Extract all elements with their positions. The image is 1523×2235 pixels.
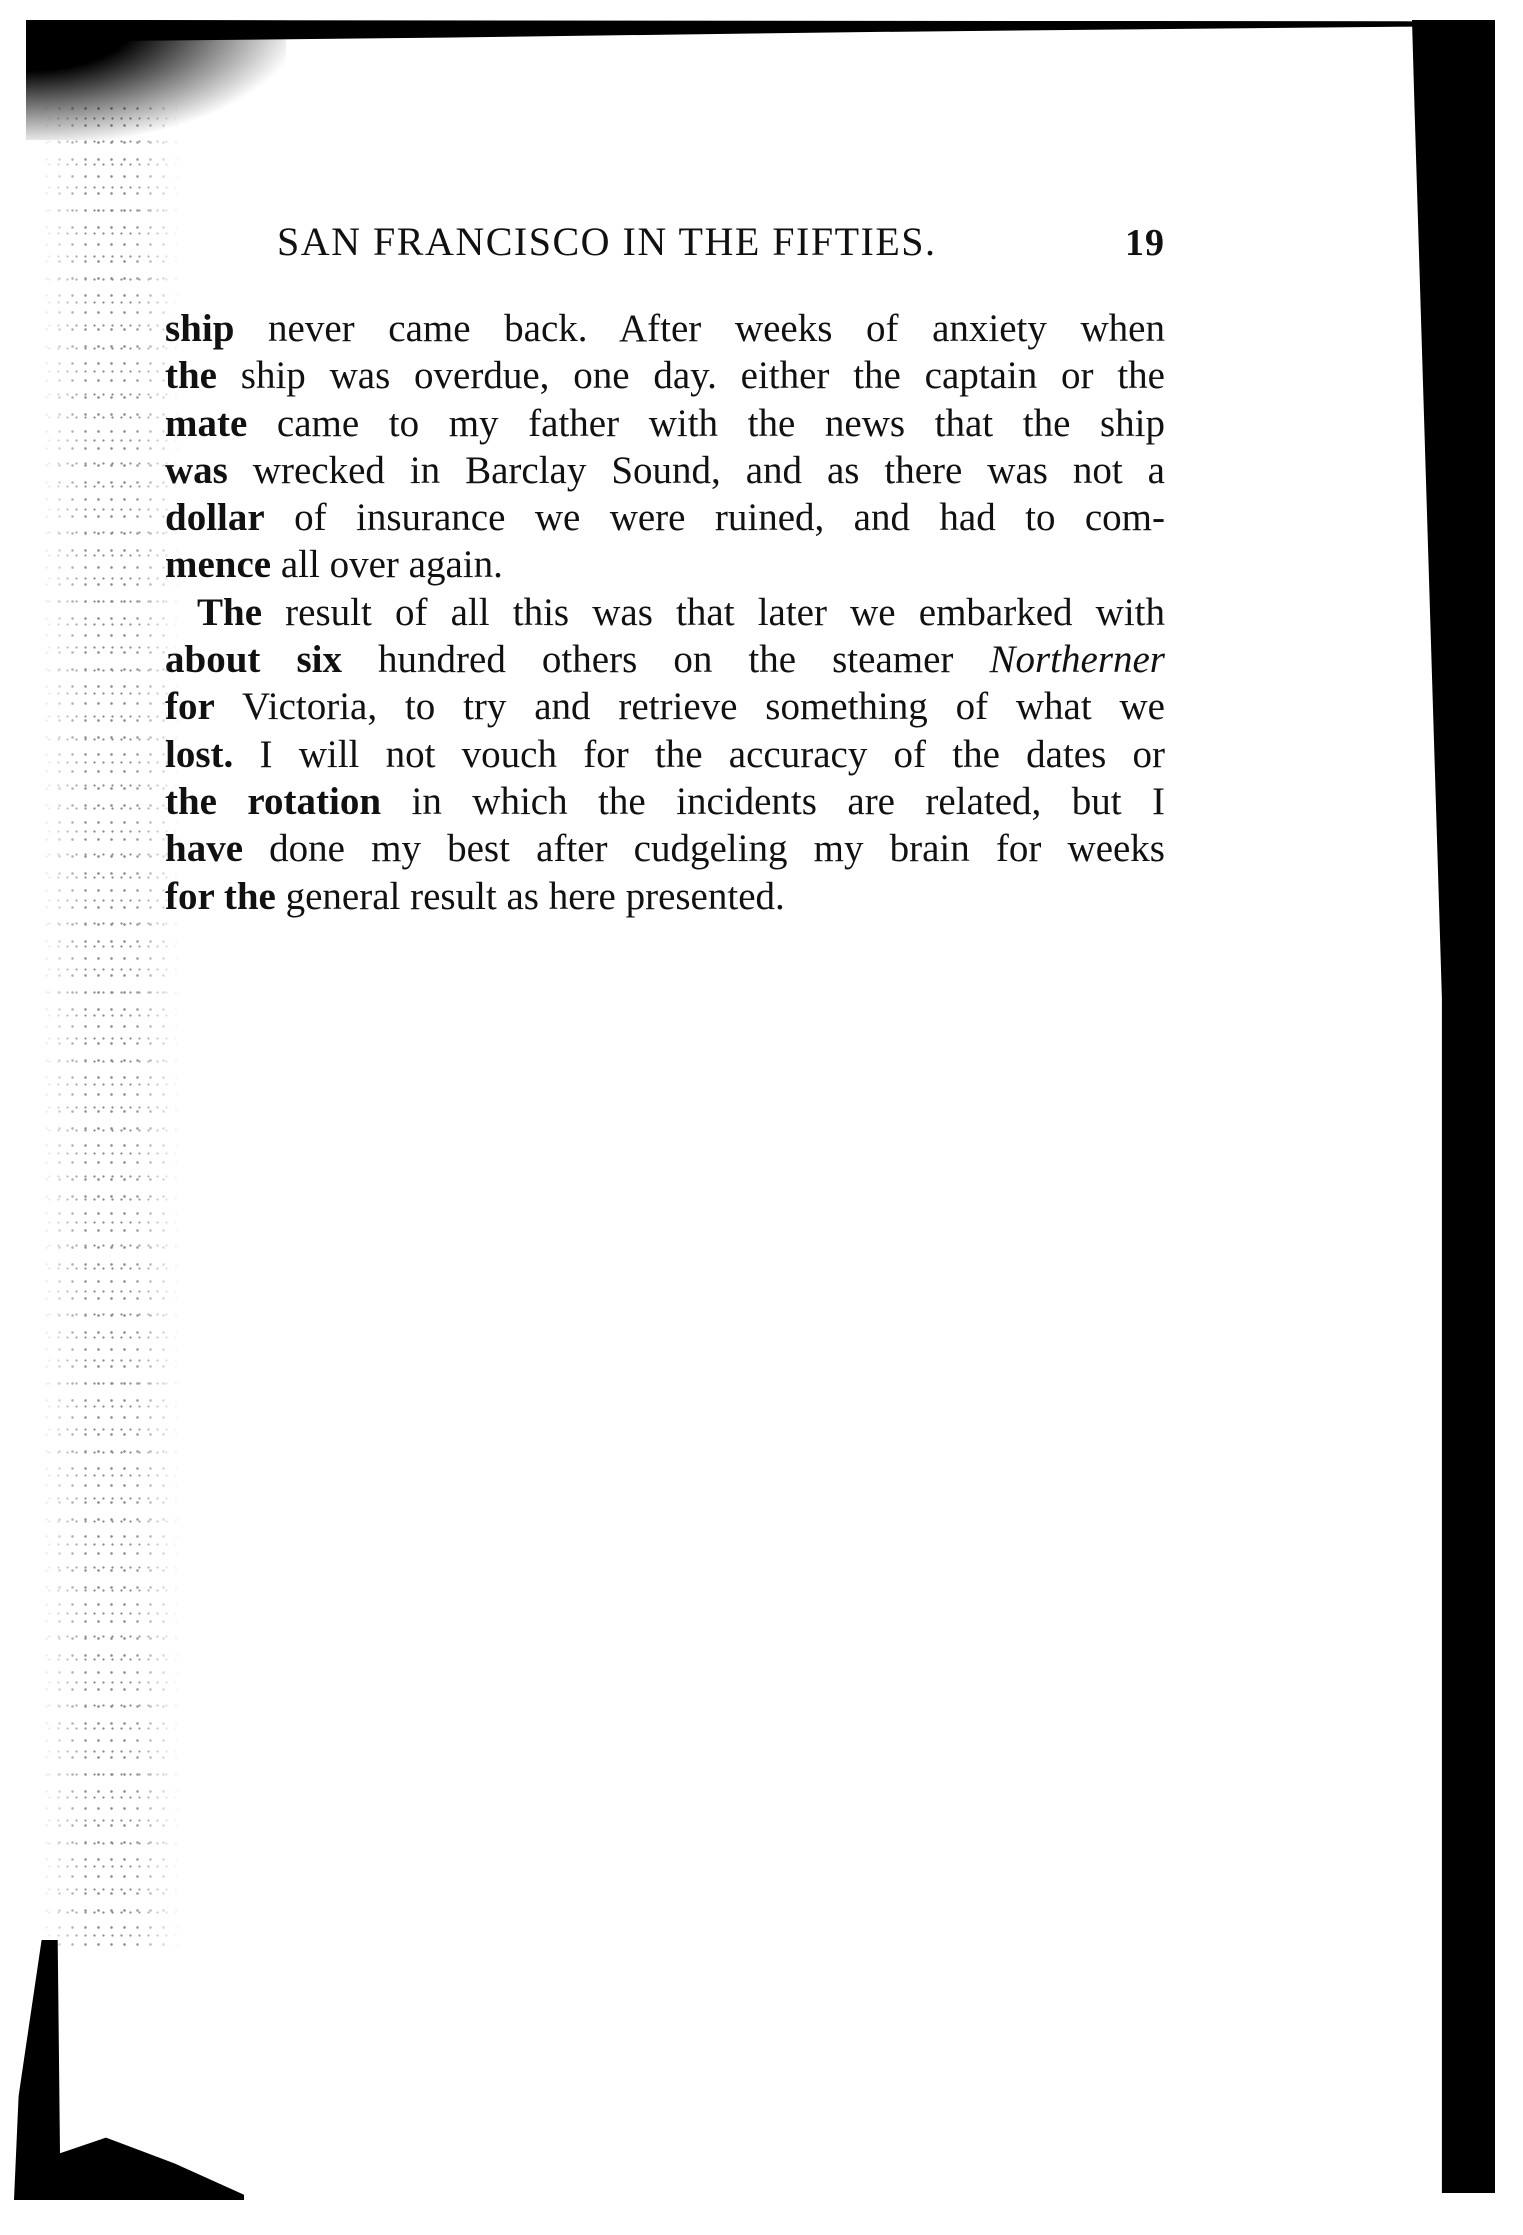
line-rest: Victoria, to try and retrieve something … — [215, 685, 1165, 728]
page-header: SAN FRANCISCO IN THE FIFTIES. 19 — [277, 218, 1165, 268]
scan-right-edge-bar — [1412, 20, 1495, 2193]
line-rest: came to my father with the news that the… — [247, 402, 1165, 445]
page-number: 19 — [1125, 221, 1165, 265]
line-rest: result of all this was that later we emb… — [262, 591, 1165, 634]
text-line: the ship was overdue, one day. either th… — [165, 352, 1165, 399]
line-rest: all over again. — [271, 543, 503, 586]
line-rest: done my best after cudgeling my brain fo… — [243, 827, 1165, 870]
text-line: was wrecked in Barclay Sound, and as the… — [165, 447, 1165, 494]
text-line: for the general result as here presented… — [165, 873, 1165, 920]
line-lead: about six — [165, 638, 342, 681]
line-rest: of insurance we were ruined, and had to … — [265, 496, 1165, 539]
line-rest: in which the incidents are related, but … — [381, 780, 1165, 823]
line-rest: ship was overdue, one day. either the ca… — [217, 354, 1165, 397]
line-lead: for the — [165, 875, 276, 918]
line-rest: wrecked in Barclay Sound, and as there w… — [228, 449, 1165, 492]
line-lead: mate — [165, 402, 247, 445]
text-line: dollar of insurance we were ruined, and … — [165, 494, 1165, 541]
line-lead: was — [165, 449, 228, 492]
line-lead: ship — [165, 307, 234, 350]
line-rest: general result as here presented. — [276, 875, 785, 918]
text-line: mate came to my father with the news tha… — [165, 400, 1165, 447]
body-text: ship never came back. After weeks of anx… — [165, 305, 1165, 920]
text-line: mence all over again. — [165, 541, 1165, 588]
text-line: ship never came back. After weeks of anx… — [165, 305, 1165, 352]
line-lead: The — [197, 591, 262, 634]
line-rest: hundred others on the steamer — [342, 638, 990, 681]
line-rest: never came back. After weeks of anxiety … — [234, 307, 1165, 350]
line-lead: dollar — [165, 496, 265, 539]
text-line: about six hundred others on the steamer … — [165, 636, 1165, 683]
text-line: lost. I will not vouch for the accuracy … — [165, 731, 1165, 778]
line-lead: for — [165, 685, 215, 728]
line-rest: I will not vouch for the accuracy of the… — [233, 733, 1165, 776]
line-lead: mence — [165, 543, 271, 586]
ship-name: Northerner — [989, 638, 1165, 681]
text-line: for Victoria, to try and retrieve someth… — [165, 683, 1165, 730]
line-lead: have — [165, 827, 243, 870]
text-line: the rotation in which the incidents are … — [165, 778, 1165, 825]
line-lead: the rotation — [165, 780, 381, 823]
scan-bottom-left-shadow — [14, 1940, 244, 2200]
line-lead: the — [165, 354, 217, 397]
text-line: have done my best after cudgeling my bra… — [165, 825, 1165, 872]
line-lead: lost. — [165, 733, 233, 776]
text-line: The result of all this was that later we… — [165, 589, 1165, 636]
running-head: SAN FRANCISCO IN THE FIFTIES. — [277, 218, 937, 265]
scan-left-margin-speckle — [40, 100, 180, 1950]
